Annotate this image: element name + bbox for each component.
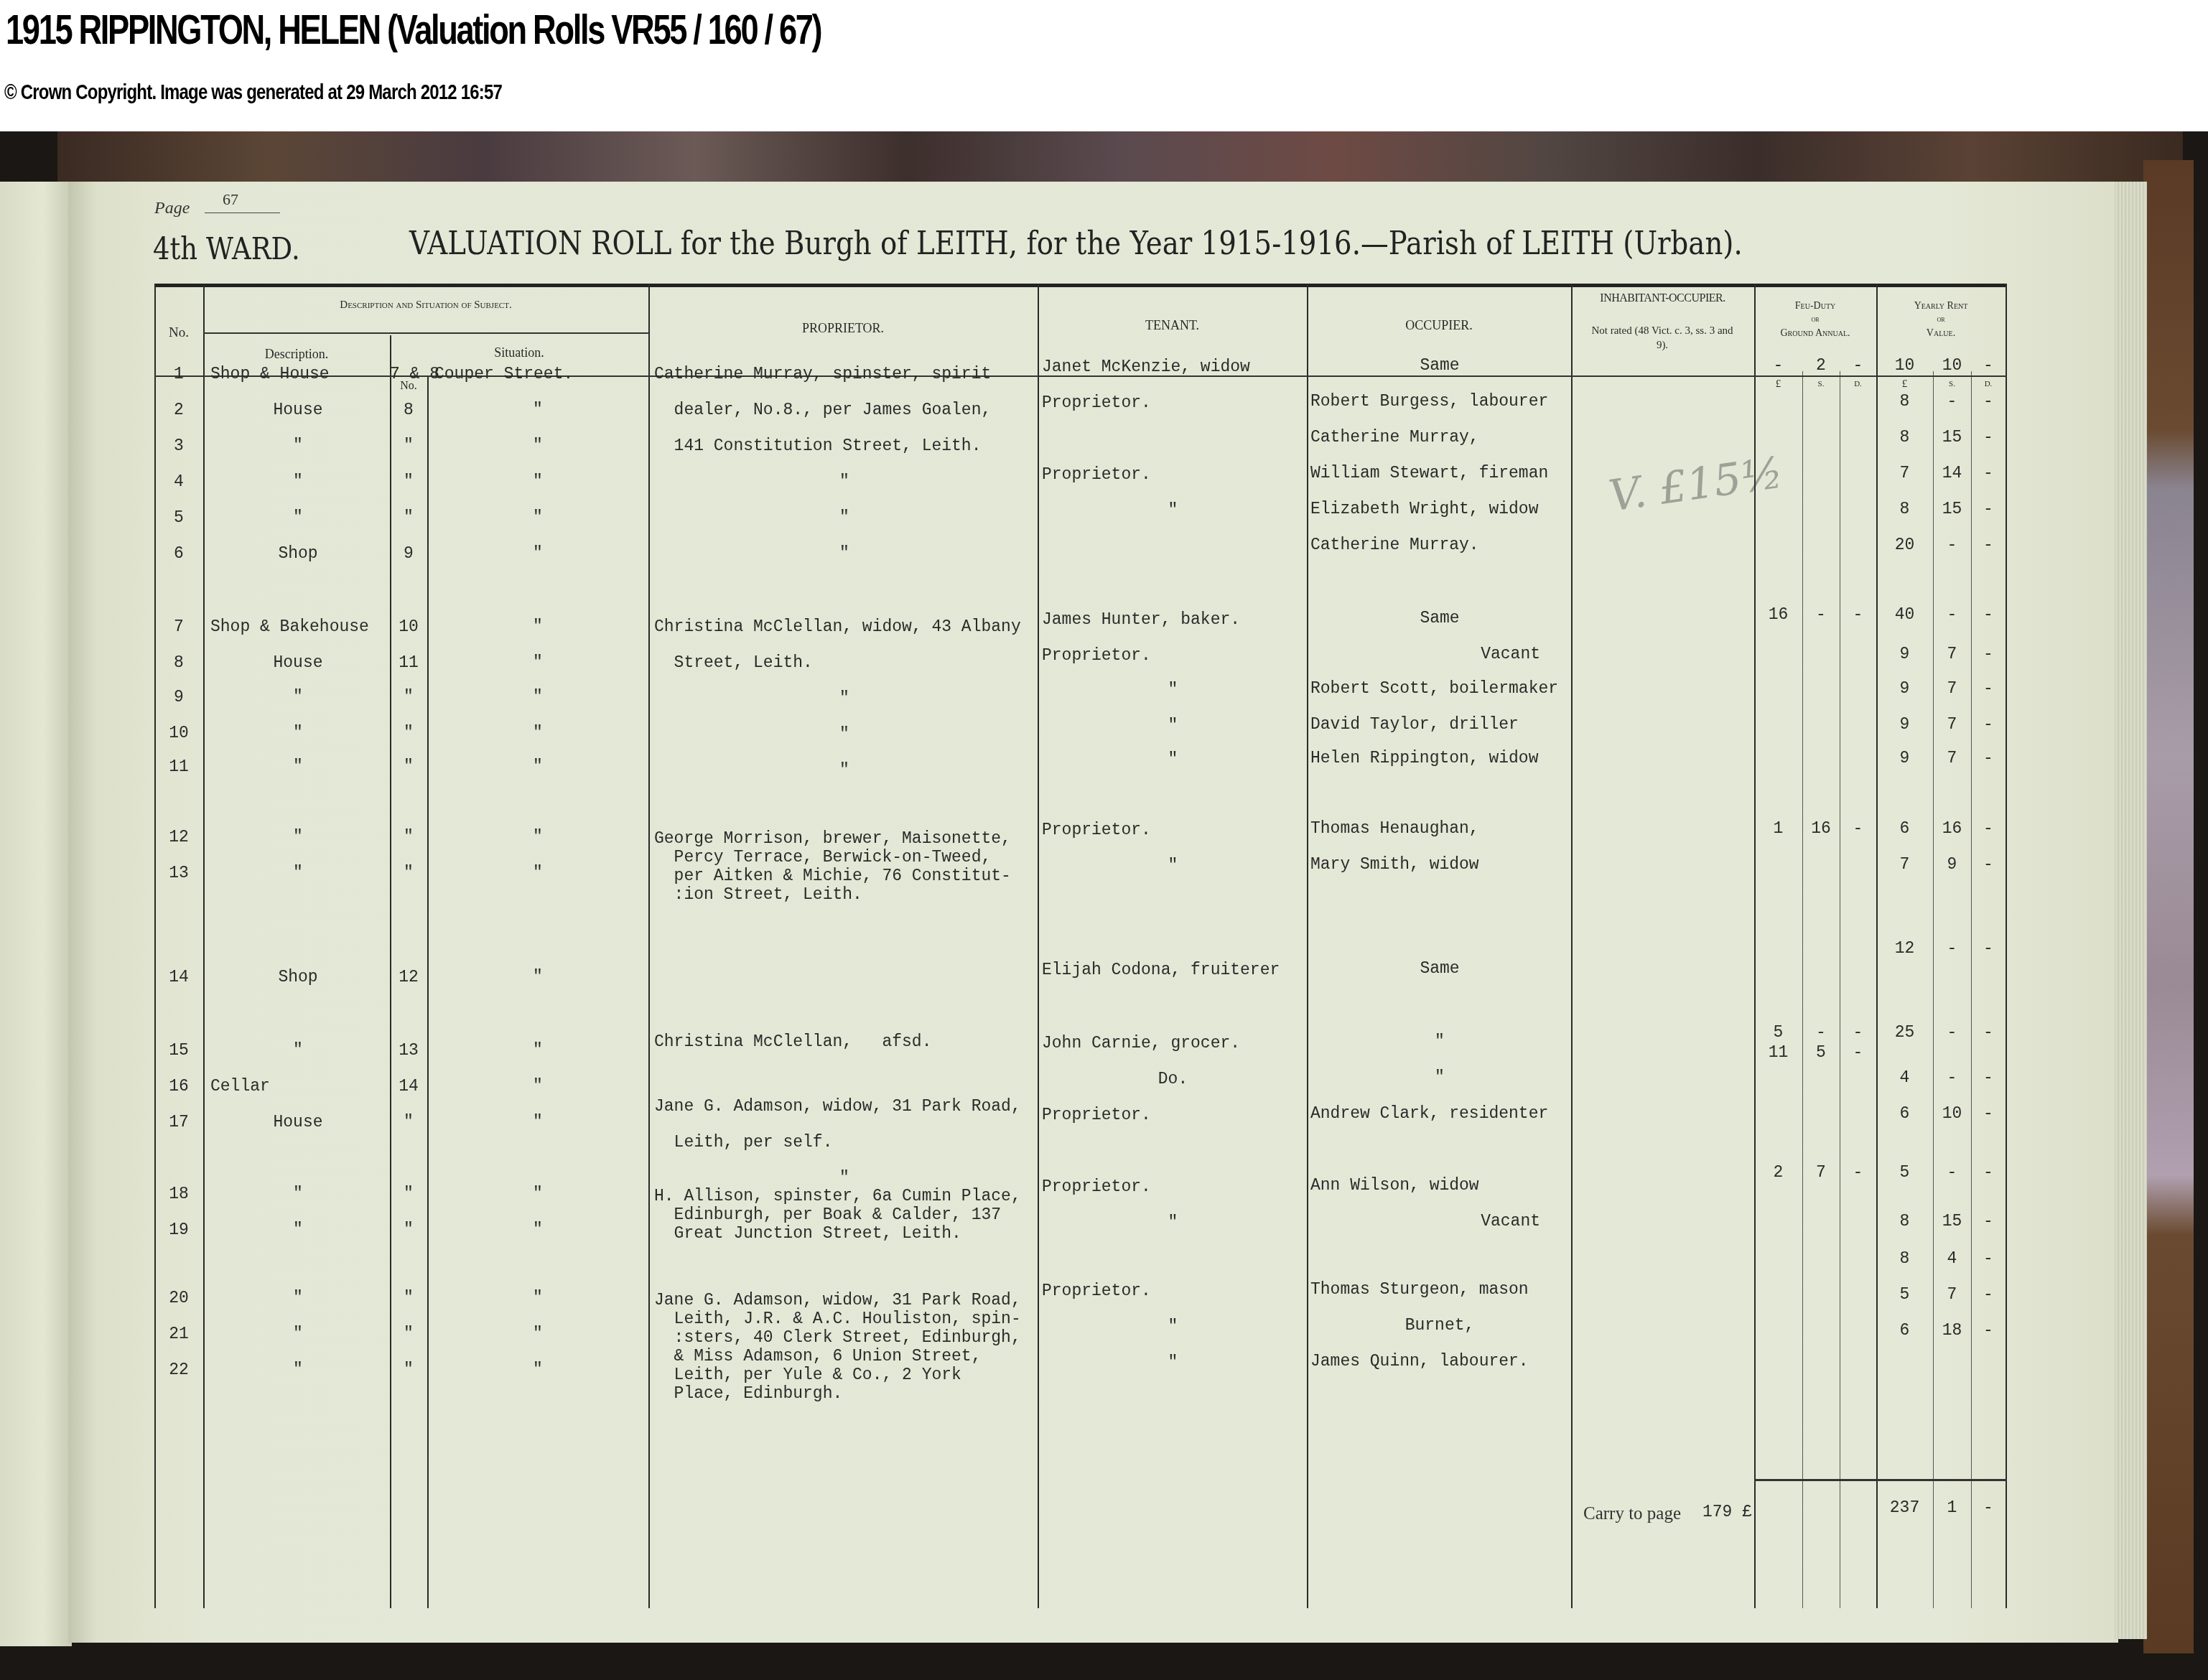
row-situation-no: " <box>390 1113 427 1131</box>
row-tenant: " <box>1042 717 1304 735</box>
proprietor-line: " <box>654 544 1035 563</box>
proprietor-line: :ion Street, Leith. <box>654 885 1035 904</box>
row-number: 17 <box>154 1113 203 1131</box>
row-occupier: Elizabeth Wright, widow <box>1310 500 1569 518</box>
rent-shillings: - <box>1933 392 1971 411</box>
ward-label: 4th WARD. <box>153 231 300 266</box>
proprietor-line: 141 Constitution Street, Leith. <box>654 437 1035 455</box>
row-number: 19 <box>154 1221 203 1239</box>
row-description: " <box>206 757 390 776</box>
row-situation-no: " <box>390 1325 427 1343</box>
rent-pounds: 8 <box>1876 1212 1933 1231</box>
rent-shillings: - <box>1933 1068 1971 1087</box>
row-number: 1 <box>154 365 203 383</box>
row-occupier: Same <box>1310 356 1569 375</box>
feu-pence: - <box>1840 605 1876 624</box>
rent-shillings: 10 <box>1933 356 1971 375</box>
feu-pounds: - <box>1754 356 1802 375</box>
header-value: Value. <box>1876 328 2006 340</box>
rent-shillings: - <box>1933 536 1971 554</box>
row-tenant: James Hunter, baker. <box>1042 610 1304 629</box>
proprietor-line: " <box>654 761 1035 780</box>
row-occupier: David Taylor, driller <box>1310 715 1569 734</box>
header-feu-shillings: S. <box>1802 380 1840 388</box>
row-street: " <box>430 1077 646 1096</box>
rent-pence: - <box>1971 819 2006 838</box>
row-occupier: Robert Scott, boilermaker <box>1310 679 1569 698</box>
row-tenant: " <box>1042 750 1304 769</box>
row-description: House <box>206 401 390 419</box>
header-description: Description. <box>203 347 390 362</box>
row-situation-no: " <box>390 688 427 706</box>
row-description: House <box>206 1113 390 1131</box>
proprietor-line: Christina McClellan, widow, 43 Albany <box>654 617 1035 636</box>
rent-pence: - <box>1971 1212 2006 1231</box>
row-number: 12 <box>154 828 203 846</box>
row-street: " <box>430 864 646 882</box>
rent-shillings: - <box>1933 1163 1971 1182</box>
header-occupier: OCCUPIER. <box>1307 318 1571 333</box>
rent-pounds: 8 <box>1876 1249 1933 1268</box>
rent-pounds: 9 <box>1876 679 1933 698</box>
rent-pounds: 4 <box>1876 1068 1933 1087</box>
row-description: " <box>206 828 390 846</box>
row-tenant: Proprietor. <box>1042 1282 1304 1300</box>
row-situation-no: " <box>390 508 427 527</box>
row-description: Shop <box>206 544 390 563</box>
rent-shillings: - <box>1933 1023 1971 1042</box>
rent-shillings: - <box>1933 939 1971 958</box>
rent-pounds: 5 <box>1876 1163 1933 1182</box>
proprietor-line: George Morrison, brewer, Maisonette, <box>654 829 1035 848</box>
row-number: 20 <box>154 1289 203 1307</box>
rent-pence: - <box>1971 356 2006 375</box>
feu-shillings: - <box>1802 1023 1840 1042</box>
rent-shillings: 9 <box>1933 855 1971 874</box>
row-tenant: Proprietor. <box>1042 821 1304 839</box>
row-street: " <box>430 688 646 706</box>
row-number: 3 <box>154 437 203 455</box>
header-rent-or: or <box>1876 315 2006 324</box>
valuation-table: No. Description and Situation of Subject… <box>154 284 2007 1608</box>
feu-shillings: 5 <box>1802 1043 1840 1062</box>
row-street: " <box>430 1185 646 1203</box>
row-tenant: " <box>1042 1317 1304 1336</box>
row-number: 13 <box>154 864 203 882</box>
proprietor-line: Leith, per Yule & Co., 2 York <box>654 1366 1035 1384</box>
rent-shillings: 16 <box>1933 819 1971 838</box>
proprietor-line: Christina McClellan, afsd. <box>654 1032 1035 1051</box>
rent-shillings: 15 <box>1933 428 1971 447</box>
row-street: " <box>430 1325 646 1343</box>
row-tenant: Proprietor. <box>1042 465 1304 484</box>
rent-pence: - <box>1971 392 2006 411</box>
col-divider <box>2006 284 2007 1608</box>
row-situation-no: " <box>390 472 427 491</box>
row-situation-no: " <box>390 724 427 742</box>
proprietor-line: Great Junction Street, Leith. <box>654 1224 1035 1243</box>
rent-pounds: 9 <box>1876 749 1933 767</box>
row-number: 6 <box>154 544 203 563</box>
row-street: " <box>430 1221 646 1239</box>
rent-pounds: 6 <box>1876 819 1933 838</box>
row-number: 15 <box>154 1041 203 1060</box>
row-occupier: Thomas Sturgeon, mason <box>1310 1280 1569 1299</box>
row-situation-no: 13 <box>390 1041 427 1060</box>
row-number: 5 <box>154 508 203 527</box>
row-situation-no: " <box>390 437 427 455</box>
page-number: 67 <box>205 190 280 213</box>
row-tenant: Do. <box>1042 1070 1304 1088</box>
proprietor-line: " <box>654 725 1035 744</box>
rent-shillings: 4 <box>1933 1249 1971 1268</box>
proprietor-line: " <box>654 472 1035 491</box>
book-cover-edge <box>2143 160 2194 1653</box>
row-occupier: James Quinn, labourer. <box>1310 1352 1569 1371</box>
row-occupier: " <box>1310 1068 1569 1087</box>
rent-pounds: 10 <box>1876 356 1933 375</box>
rent-shillings: - <box>1933 605 1971 624</box>
row-street: " <box>430 653 646 672</box>
rent-pence: - <box>1971 715 2006 734</box>
rent-shillings: 7 <box>1933 1285 1971 1304</box>
row-tenant: " <box>1042 1353 1304 1372</box>
proprietor-line: " <box>654 689 1035 708</box>
row-description: " <box>206 1289 390 1307</box>
row-tenant: Elijah Codona, fruiterer <box>1042 961 1304 979</box>
proprietor-line: Leith, per self. <box>654 1133 1035 1152</box>
feu-pence: - <box>1840 1023 1876 1042</box>
header-feu-pence: D. <box>1840 380 1876 388</box>
row-street: " <box>430 828 646 846</box>
row-occupier: " <box>1310 1032 1569 1051</box>
rent-shillings: 14 <box>1933 464 1971 482</box>
rent-pounds: 7 <box>1876 464 1933 482</box>
row-tenant: Proprietor. <box>1042 646 1304 665</box>
feu-pence: - <box>1840 356 1876 375</box>
rent-shillings: 15 <box>1933 1212 1971 1231</box>
rent-shillings: 7 <box>1933 715 1971 734</box>
rent-pence: - <box>1971 939 2006 958</box>
proprietor-line: Place, Edinburgh. <box>654 1384 1035 1403</box>
header-inhabitant-note: Not rated (48 Vict. c. 3, ss. 3 and 9). <box>1587 324 1738 353</box>
carry-label: Carry to page <box>1583 1504 1681 1524</box>
col-divider <box>1038 284 1039 1608</box>
header-rent-pound: £ <box>1876 378 1933 391</box>
book-cover-top <box>57 131 2183 182</box>
rent-pounds: 20 <box>1876 536 1933 554</box>
row-street: " <box>430 437 646 455</box>
row-occupier: Vacant <box>1310 645 1569 663</box>
total-pence: - <box>1971 1498 2006 1517</box>
row-tenant: " <box>1042 1213 1304 1232</box>
row-description: " <box>206 864 390 882</box>
row-occupier: Robert Burgess, labourer <box>1310 392 1569 411</box>
proprietor-line: Leith, J.R. & A.C. Houliston, spin- <box>654 1310 1035 1328</box>
archive-title: 1915 RIPPINGTON, HELEN (Valuation Rolls … <box>6 6 821 54</box>
header-feu-pound: £ <box>1754 378 1802 391</box>
col-divider <box>1802 371 1803 1608</box>
carry-page: 179 £ <box>1691 1503 1752 1521</box>
row-situation-no: 10 <box>390 617 427 636</box>
rent-pence: - <box>1971 1321 2006 1340</box>
header-rent-shillings: S. <box>1933 380 1971 388</box>
row-street: " <box>430 401 646 419</box>
rent-pence: - <box>1971 1249 2006 1268</box>
row-occupier: Catherine Murray, <box>1310 428 1569 447</box>
row-description: " <box>206 472 390 491</box>
feu-pence: - <box>1840 819 1876 838</box>
facing-page <box>0 182 72 1646</box>
row-situation-no: 11 <box>390 653 427 672</box>
rent-pounds: 5 <box>1876 1285 1933 1304</box>
row-tenant: Proprietor. <box>1042 393 1304 412</box>
header-inhabitant: INHABITANT-OCCUPIER. <box>1571 292 1754 305</box>
feu-pounds: 5 <box>1754 1023 1802 1042</box>
row-description: " <box>206 437 390 455</box>
row-occupier: Thomas Henaughan, <box>1310 819 1569 838</box>
rent-pounds: 8 <box>1876 500 1933 518</box>
proprietor-line: Percy Terrace, Berwick-on-Tweed, <box>654 848 1035 867</box>
col-divider <box>648 284 650 1608</box>
col-divider <box>427 375 429 1608</box>
header-proprietor: PROPRIETOR. <box>648 321 1038 336</box>
proprietor-line: Street, Leith. <box>654 653 1035 672</box>
header-feu-or: or <box>1754 315 1876 324</box>
feu-pounds: 16 <box>1754 605 1802 624</box>
row-description: " <box>206 688 390 706</box>
rent-pence: - <box>1971 605 2006 624</box>
row-occupier: Helen Rippington, widow <box>1310 749 1569 767</box>
rent-pence: - <box>1971 1068 2006 1087</box>
row-number: 2 <box>154 401 203 419</box>
rent-pence: - <box>1971 749 2006 767</box>
rent-pence: - <box>1971 500 2006 518</box>
row-occupier: Same <box>1310 609 1569 627</box>
row-description: Cellar <box>206 1077 394 1096</box>
rent-shillings: 7 <box>1933 679 1971 698</box>
row-number: 7 <box>154 617 203 636</box>
feu-shillings: - <box>1802 605 1840 624</box>
proprietor-line: Jane G. Adamson, widow, 31 Park Road, <box>654 1291 1035 1310</box>
proprietor-line: & Miss Adamson, 6 Union Street, <box>654 1347 1035 1366</box>
header-yearly-rent: Yearly Rent <box>1876 301 2006 312</box>
total-pounds: 237 <box>1876 1498 1933 1517</box>
row-number: 10 <box>154 724 203 742</box>
row-tenant: John Carnie, grocer. <box>1042 1034 1304 1053</box>
row-situation-no: " <box>390 1221 427 1239</box>
row-number: 16 <box>154 1077 203 1096</box>
row-number: 22 <box>154 1361 203 1379</box>
col-divider <box>203 284 205 1608</box>
row-situation-no: 9 <box>390 544 427 563</box>
row-street: " <box>430 472 646 491</box>
row-description: " <box>206 1361 390 1379</box>
row-description: House <box>206 653 390 672</box>
row-occupier: Mary Smith, widow <box>1310 855 1569 874</box>
rent-pence: - <box>1971 1104 2006 1123</box>
row-occupier: Catherine Murray. <box>1310 536 1569 554</box>
row-tenant: " <box>1042 681 1304 699</box>
page-edges <box>2115 182 2147 1639</box>
rent-pounds: 8 <box>1876 428 1933 447</box>
header-rule <box>203 332 648 334</box>
row-tenant: Proprietor. <box>1042 1106 1304 1124</box>
row-number: 9 <box>154 688 203 706</box>
page-label: Page <box>154 199 190 218</box>
row-tenant: Janet McKenzie, widow <box>1042 358 1304 376</box>
feu-pounds: 1 <box>1754 819 1802 838</box>
row-occupier: Same <box>1310 959 1569 978</box>
row-situation-no: " <box>390 757 427 776</box>
rent-shillings: 7 <box>1933 645 1971 663</box>
feu-pounds: 2 <box>1754 1163 1802 1182</box>
rent-pounds: 7 <box>1876 855 1933 874</box>
feu-pounds: 11 <box>1754 1043 1802 1062</box>
proprietor-line: per Aitken & Michie, 76 Constitut- <box>654 867 1035 885</box>
col-divider <box>1307 284 1308 1608</box>
row-situation-no: 7 & 8 <box>390 365 427 383</box>
rent-shillings: 18 <box>1933 1321 1971 1340</box>
row-street: Couper Street. <box>430 365 650 383</box>
row-description: " <box>206 508 390 527</box>
rent-pence: - <box>1971 428 2006 447</box>
roll-title: VALUATION ROLL for the Burgh of LEITH, f… <box>409 225 1743 262</box>
row-description: Shop & Bakehouse <box>206 617 394 636</box>
rent-pounds: 25 <box>1876 1023 1933 1042</box>
col-divider <box>1754 284 1756 1608</box>
row-street: " <box>430 757 646 776</box>
row-occupier: Andrew Clark, residenter <box>1310 1104 1569 1123</box>
row-situation-no: " <box>390 1289 427 1307</box>
proprietor-line: dealer, No.8., per James Goalen, <box>654 401 1035 419</box>
proprietor-line: Jane G. Adamson, widow, 31 Park Road, <box>654 1097 1035 1116</box>
row-number: 4 <box>154 472 203 491</box>
rent-pounds: 6 <box>1876 1104 1933 1123</box>
table-top-rule <box>154 284 2007 287</box>
proprietor-line: " <box>654 1169 1035 1187</box>
row-situation-no: 12 <box>390 968 427 986</box>
row-street: " <box>430 1041 646 1060</box>
rent-pence: - <box>1971 1285 2006 1304</box>
row-occupier: Ann Wilson, widow <box>1310 1176 1569 1195</box>
feu-pence: - <box>1840 1163 1876 1182</box>
row-number: 11 <box>154 757 203 776</box>
row-description: " <box>206 1185 390 1203</box>
proprietor-line: H. Allison, spinster, 6a Cumin Place, <box>654 1187 1035 1205</box>
header-feu-duty: Feu-Duty <box>1754 301 1876 312</box>
row-situation-no: " <box>390 828 427 846</box>
col-divider <box>1840 371 1840 1608</box>
feu-pence: - <box>1840 1043 1876 1062</box>
row-occupier: William Stewart, fireman <box>1310 464 1569 482</box>
header-rent-pence: D. <box>1971 380 2006 388</box>
col-divider <box>1933 371 1934 1608</box>
rent-pounds: 9 <box>1876 645 1933 663</box>
proprietor-line: Edinburgh, per Boak & Calder, 137 <box>654 1205 1035 1224</box>
row-tenant: " <box>1042 857 1304 875</box>
col-divider <box>1571 284 1573 1608</box>
feu-shillings: 16 <box>1802 819 1840 838</box>
proprietor-line: :sters, 40 Clerk Street, Edinburgh, <box>654 1328 1035 1347</box>
row-number: 14 <box>154 968 203 986</box>
row-description: " <box>206 1325 390 1343</box>
row-description: Shop & House <box>206 365 394 383</box>
header-ground-annual: Ground Annual. <box>1754 328 1876 340</box>
copyright-notice: © Crown Copyright. Image was generated a… <box>4 80 502 105</box>
rent-pence: - <box>1971 855 2006 874</box>
header-situation: Situation. <box>390 345 648 360</box>
rent-pence: - <box>1971 679 2006 698</box>
rent-shillings: 7 <box>1933 749 1971 767</box>
feu-shillings: 2 <box>1802 356 1840 375</box>
feu-shillings: 7 <box>1802 1163 1840 1182</box>
rent-pounds: 12 <box>1876 939 1933 958</box>
row-situation-no: 14 <box>390 1077 427 1096</box>
row-description: Shop <box>206 968 390 986</box>
rent-pence: - <box>1971 536 2006 554</box>
rent-pence: - <box>1971 1163 2006 1182</box>
row-street: " <box>430 1289 646 1307</box>
row-street: " <box>430 724 646 742</box>
header-desc-situation: Description and Situation of Subject. <box>203 299 648 312</box>
header-no: No. <box>154 325 203 341</box>
row-street: " <box>430 508 646 527</box>
col-divider <box>1971 371 1972 1608</box>
row-street: " <box>430 617 646 636</box>
rent-shillings: 10 <box>1933 1104 1971 1123</box>
row-occupier: Burnet, <box>1310 1316 1569 1335</box>
rent-pence: - <box>1971 464 2006 482</box>
proprietor-line: Catherine Murray, spinster, spirit <box>654 365 1035 383</box>
row-tenant: " <box>1042 501 1304 520</box>
rent-pence: - <box>1971 645 2006 663</box>
row-tenant: Proprietor. <box>1042 1177 1304 1196</box>
total-shillings: 1 <box>1933 1498 1971 1517</box>
row-situation-no: " <box>390 864 427 882</box>
row-situation-no: " <box>390 1185 427 1203</box>
proprietor-line: " <box>654 508 1035 527</box>
row-number: 8 <box>154 653 203 672</box>
total-rule <box>1754 1479 2007 1481</box>
header-tenant: TENANT. <box>1038 318 1307 333</box>
rent-pounds: 9 <box>1876 715 1933 734</box>
row-street: " <box>430 968 646 986</box>
row-description: " <box>206 1041 390 1060</box>
row-street: " <box>430 544 646 563</box>
row-number: 21 <box>154 1325 203 1343</box>
row-situation-no: " <box>390 1361 427 1379</box>
rent-pounds: 40 <box>1876 605 1933 624</box>
row-street: " <box>430 1113 646 1131</box>
rent-shillings: 15 <box>1933 500 1971 518</box>
row-occupier: Vacant <box>1310 1212 1569 1231</box>
row-number: 18 <box>154 1185 203 1203</box>
rent-pounds: 8 <box>1876 392 1933 411</box>
rent-pounds: 6 <box>1876 1321 1933 1340</box>
row-description: " <box>206 724 390 742</box>
rent-pence: - <box>1971 1023 2006 1042</box>
row-street: " <box>430 1361 646 1379</box>
row-situation-no: 8 <box>390 401 427 419</box>
row-description: " <box>206 1221 390 1239</box>
